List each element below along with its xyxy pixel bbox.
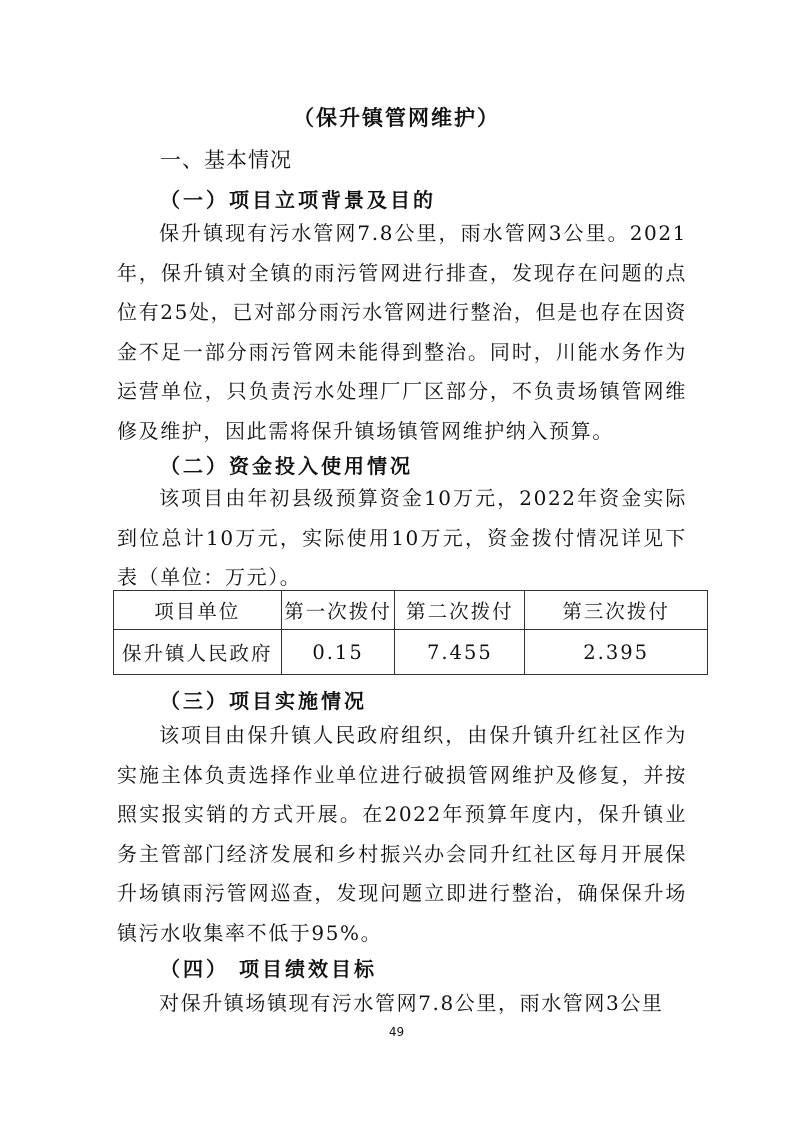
table-cell-unit: 保升镇人民政府 <box>114 630 282 675</box>
table-header-cell: 第三次拨付 <box>525 591 708 630</box>
table-header-row: 项目单位 第一次拨付 第二次拨付 第三次拨付 <box>114 591 708 630</box>
paragraph-funding: 该项目由年初县级预算资金10万元，2022年资金实际到位总计10万元，实际使用1… <box>117 479 687 598</box>
subsection-heading-implementation: （三）项目实施情况 <box>160 685 367 714</box>
page-number: 49 <box>0 1025 793 1039</box>
funding-table: 项目单位 第一次拨付 第二次拨付 第三次拨付 保升镇人民政府 0.15 7.45… <box>113 590 708 675</box>
section-heading-basic-info: 一、基本情况 <box>160 144 292 174</box>
table-cell-first-payment: 0.15 <box>281 630 395 675</box>
paragraph-implementation: 该项目由保升镇人民政府组织，由保升镇升红社区作为实施主体负责选择作业单位进行破损… <box>117 716 687 953</box>
document-title: （保升镇管网维护） <box>0 102 793 132</box>
table-header-cell: 第一次拨付 <box>281 591 395 630</box>
table-header-cell: 项目单位 <box>114 591 282 630</box>
paragraph-performance-goals: 对保升镇场镇现有污水管网7.8公里，雨水管网3公里 <box>117 984 687 1024</box>
subsection-heading-performance-goals: （四） 项目绩效目标 <box>160 953 377 982</box>
table-cell-second-payment: 7.455 <box>395 630 525 675</box>
subsection-heading-funding: （二）资金投入使用情况 <box>160 450 413 479</box>
table-cell-third-payment: 2.395 <box>525 630 708 675</box>
subsection-heading-background: （一）项目立项背景及目的 <box>160 184 436 213</box>
paragraph-background: 保升镇现有污水管网7.8公里，雨水管网3公里。2021年，保升镇对全镇的雨污管网… <box>117 214 687 451</box>
table-row: 保升镇人民政府 0.15 7.455 2.395 <box>114 630 708 675</box>
table-header-cell: 第二次拨付 <box>395 591 525 630</box>
